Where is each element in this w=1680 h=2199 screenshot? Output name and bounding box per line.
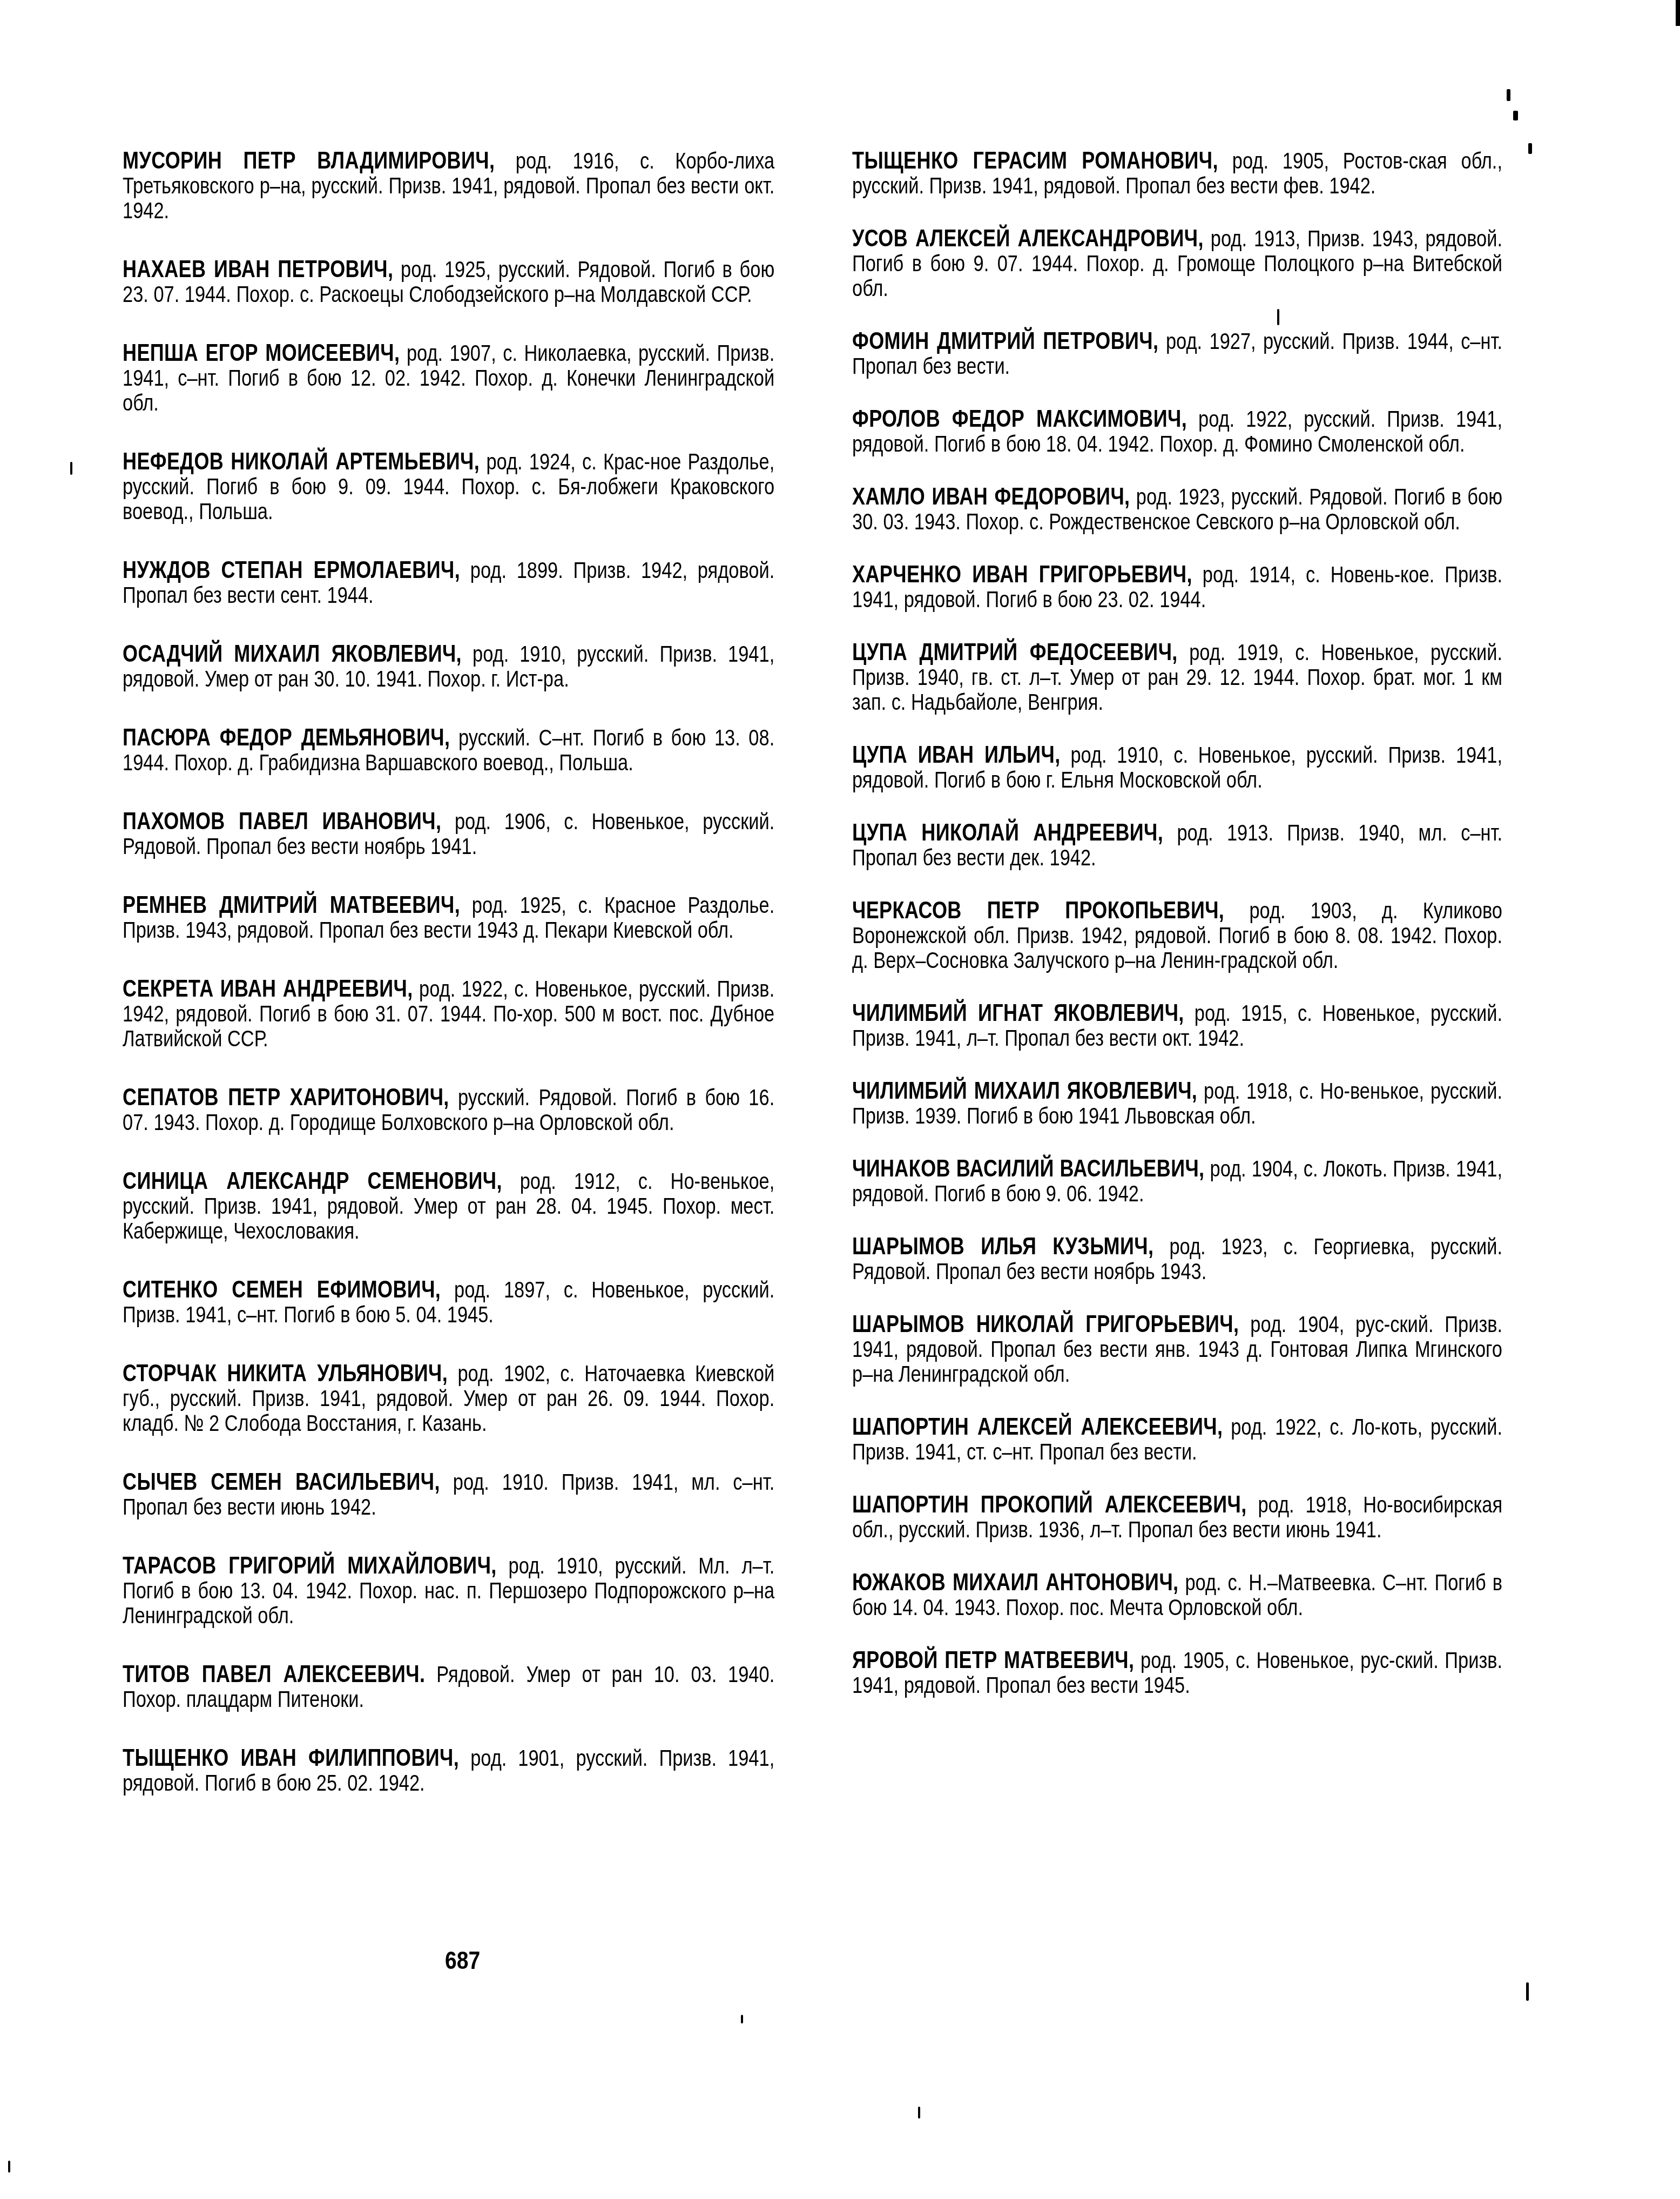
entry: ХАРЧЕНКО ИВАН ГРИГОРЬЕВИЧ, род. 1914, с.… xyxy=(852,562,1502,612)
entry: ШАПОРТИН АЛЕКСЕЙ АЛЕКСЕЕВИЧ, род. 1922, … xyxy=(852,1414,1502,1464)
scan-speck xyxy=(741,2015,743,2023)
entry: СИТЕНКО СЕМЕН ЕФИМОВИЧ, род. 1897, с. Но… xyxy=(123,1277,774,1327)
entry: ЧИЛИМБИЙ ИГНАТ ЯКОВЛЕВИЧ, род. 1915, с. … xyxy=(852,1000,1502,1051)
entry-name: ЯРОВОЙ ПЕТР МАТВЕЕВИЧ, xyxy=(852,1646,1134,1673)
entry: НЕФЕДОВ НИКОЛАЙ АРТЕМЬЕВИЧ, род. 1924, с… xyxy=(123,449,774,524)
entry: ХАМЛО ИВАН ФЕДОРОВИЧ, род. 1923, русский… xyxy=(852,484,1502,534)
entry: ШАРЫМОВ ИЛЬЯ КУЗЬМИЧ, род. 1923, с. Геор… xyxy=(852,1234,1502,1284)
entry: ЧИНАКОВ ВАСИЛИЙ ВАСИЛЬЕВИЧ, род. 1904, с… xyxy=(852,1156,1502,1206)
entry-name: УСОВ АЛЕКСЕЙ АЛЕКСАНДРОВИЧ, xyxy=(852,224,1204,252)
entry-name: СИТЕНКО СЕМЕН ЕФИМОВИЧ, xyxy=(123,1275,441,1303)
scan-speck xyxy=(1507,89,1510,101)
scan-speck xyxy=(70,462,72,475)
entry: ПАХОМОВ ПАВЕЛ ИВАНОВИЧ, род. 1906, с. Но… xyxy=(123,809,774,859)
entry: ТИТОВ ПАВЕЛ АЛЕКСЕЕВИЧ. Рядовой. Умер от… xyxy=(123,1662,774,1712)
entry-name: ХАРЧЕНКО ИВАН ГРИГОРЬЕВИЧ, xyxy=(852,560,1192,588)
entry: ТЫЩЕНКО ИВАН ФИЛИППОВИЧ, род. 1901, русс… xyxy=(123,1745,774,1795)
scan-speck xyxy=(1526,1982,1529,2001)
entry: СЕКРЕТА ИВАН АНДРЕЕВИЧ, род. 1922, с. Но… xyxy=(123,976,774,1051)
entry: НУЖДОВ СТЕПАН ЕРМОЛАЕВИЧ, род. 1899. При… xyxy=(123,557,774,608)
entry: ЯРОВОЙ ПЕТР МАТВЕЕВИЧ, род. 1905, с. Нов… xyxy=(852,1647,1502,1698)
entry-name: НЕФЕДОВ НИКОЛАЙ АРТЕМЬЕВИЧ, xyxy=(123,447,480,475)
entry-name: ХАМЛО ИВАН ФЕДОРОВИЧ, xyxy=(852,482,1130,510)
entry-name: СЕПАТОВ ПЕТР ХАРИТОНОВИЧ, xyxy=(123,1083,449,1111)
right-column: ТЫЩЕНКО ГЕРАСИМ РОМАНОВИЧ, род. 1905, Ро… xyxy=(852,148,1502,1698)
entry-name: НУЖДОВ СТЕПАН ЕРМОЛАЕВИЧ, xyxy=(123,556,460,583)
entry-name: СЫЧЕВ СЕМЕН ВАСИЛЬЕВИЧ, xyxy=(123,1468,440,1495)
scan-edge-mark xyxy=(1676,0,1680,26)
entry-name: ЧИЛИМБИЙ МИХАИЛ ЯКОВЛЕВИЧ, xyxy=(852,1077,1197,1104)
entry-name: МУСОРИН ПЕТР ВЛАДИМИРОВИЧ, xyxy=(123,146,495,174)
entry-name: ШАРЫМОВ ИЛЬЯ КУЗЬМИЧ, xyxy=(852,1232,1153,1260)
entry-name: ШАПОРТИН АЛЕКСЕЙ АЛЕКСЕЕВИЧ, xyxy=(852,1413,1223,1440)
entry: СТОРЧАК НИКИТА УЛЬЯНОВИЧ, род. 1902, с. … xyxy=(123,1361,774,1436)
entry: НАХАЕВ ИВАН ПЕТРОВИЧ, род. 1925, русский… xyxy=(123,257,774,307)
entry-name: ФОМИН ДМИТРИЙ ПЕТРОВИЧ, xyxy=(852,327,1158,354)
entry-name: РЕМНЕВ ДМИТРИЙ МАТВЕЕВИЧ, xyxy=(123,891,460,918)
entry-name: ШАРЫМОВ НИКОЛАЙ ГРИГОРЬЕВИЧ, xyxy=(852,1310,1239,1337)
entry: ТАРАСОВ ГРИГОРИЙ МИХАЙЛОВИЧ, род. 1910, … xyxy=(123,1553,774,1628)
entry-name: ЮЖАКОВ МИХАИЛ АНТОНОВИЧ, xyxy=(852,1568,1178,1596)
entry: СЕПАТОВ ПЕТР ХАРИТОНОВИЧ, русский. Рядов… xyxy=(123,1085,774,1135)
scan-speck xyxy=(1528,143,1532,154)
entry-name: ПАХОМОВ ПАВЕЛ ИВАНОВИЧ, xyxy=(123,807,441,835)
entry-name: ЦУПА ИВАН ИЛЬИЧ, xyxy=(852,741,1061,768)
entry: ЧИЛИМБИЙ МИХАИЛ ЯКОВЛЕВИЧ, род. 1918, с.… xyxy=(852,1078,1502,1128)
scan-speck xyxy=(8,2161,10,2173)
entry-name: ШАПОРТИН ПРОКОПИЙ АЛЕКСЕЕВИЧ, xyxy=(852,1490,1247,1518)
entry: ЦУПА НИКОЛАЙ АНДРЕЕВИЧ, род. 1913. Призв… xyxy=(852,820,1502,870)
left-column: МУСОРИН ПЕТР ВЛАДИМИРОВИЧ, род. 1916, с.… xyxy=(123,148,774,1795)
entry-name: ЧИНАКОВ ВАСИЛИЙ ВАСИЛЬЕВИЧ, xyxy=(852,1154,1205,1182)
entry: НЕПША ЕГОР МОИСЕЕВИЧ, род. 1907, с. Нико… xyxy=(123,340,774,415)
entry-name: СЕКРЕТА ИВАН АНДРЕЕВИЧ, xyxy=(123,974,413,1002)
entry: ЦУПА ДМИТРИЙ ФЕДОСЕЕВИЧ, род. 1919, с. Н… xyxy=(852,640,1502,715)
entry: ПАСЮРА ФЕДОР ДЕМЬЯНОВИЧ, русский. С–нт. … xyxy=(123,725,774,775)
entry-name: ПАСЮРА ФЕДОР ДЕМЬЯНОВИЧ, xyxy=(123,723,450,751)
entry-name: ФРОЛОВ ФЕДОР МАКСИМОВИЧ, xyxy=(852,405,1187,432)
entry-name: ТАРАСОВ ГРИГОРИЙ МИХАЙЛОВИЧ, xyxy=(123,1551,497,1579)
entry-name: ТЫЩЕНКО ИВАН ФИЛИППОВИЧ, xyxy=(123,1744,459,1771)
entry-name: ЧИЛИМБИЙ ИГНАТ ЯКОВЛЕВИЧ, xyxy=(852,999,1184,1026)
entry-name: ЧЕРКАСОВ ПЕТР ПРОКОПЬЕВИЧ, xyxy=(852,896,1224,924)
entry: ШАРЫМОВ НИКОЛАЙ ГРИГОРЬЕВИЧ, род. 1904, … xyxy=(852,1312,1502,1387)
entry: СИНИЦА АЛЕКСАНДР СЕМЕНОВИЧ, род. 1912, с… xyxy=(123,1168,774,1243)
scan-speck xyxy=(1513,111,1518,120)
entry-name: ТИТОВ ПАВЕЛ АЛЕКСЕЕВИЧ. xyxy=(123,1660,425,1687)
scan-speck xyxy=(918,2107,920,2119)
scan-speck xyxy=(1277,309,1279,325)
entry-name: НАХАЕВ ИВАН ПЕТРОВИЧ, xyxy=(123,255,393,283)
entry-name: НЕПША ЕГОР МОИСЕЕВИЧ, xyxy=(123,339,400,366)
entry: ОСАДЧИЙ МИХАИЛ ЯКОВЛЕВИЧ, род. 1910, рус… xyxy=(123,641,774,691)
entry: ШАПОРТИН ПРОКОПИЙ АЛЕКСЕЕВИЧ, род. 1918,… xyxy=(852,1492,1502,1542)
entry: РЕМНЕВ ДМИТРИЙ МАТВЕЕВИЧ, род. 1925, с. … xyxy=(123,892,774,943)
entry-name: ОСАДЧИЙ МИХАИЛ ЯКОВЛЕВИЧ, xyxy=(123,640,462,667)
entry: МУСОРИН ПЕТР ВЛАДИМИРОВИЧ, род. 1916, с.… xyxy=(123,148,774,223)
entry-name: ТЫЩЕНКО ГЕРАСИМ РОМАНОВИЧ, xyxy=(852,146,1218,174)
entry: ФОМИН ДМИТРИЙ ПЕТРОВИЧ, род. 1927, русск… xyxy=(852,328,1502,379)
entry-name: ЦУПА ДМИТРИЙ ФЕДОСЕЕВИЧ, xyxy=(852,638,1178,665)
entry: ЮЖАКОВ МИХАИЛ АНТОНОВИЧ, род. с. Н.–Матв… xyxy=(852,1570,1502,1620)
page-number: 687 xyxy=(445,1947,480,1974)
entry: ТЫЩЕНКО ГЕРАСИМ РОМАНОВИЧ, род. 1905, Ро… xyxy=(852,148,1502,198)
entry: ЦУПА ИВАН ИЛЬИЧ, род. 1910, с. Новенькое… xyxy=(852,742,1502,792)
entry-name: СТОРЧАК НИКИТА УЛЬЯНОВИЧ, xyxy=(123,1359,448,1387)
entry: СЫЧЕВ СЕМЕН ВАСИЛЬЕВИЧ, род. 1910. Призв… xyxy=(123,1469,774,1519)
memorial-book-page: МУСОРИН ПЕТР ВЛАДИМИРОВИЧ, род. 1916, с.… xyxy=(0,0,1680,2199)
entry-name: ЦУПА НИКОЛАЙ АНДРЕЕВИЧ, xyxy=(852,818,1163,846)
entry: УСОВ АЛЕКСЕЙ АЛЕКСАНДРОВИЧ, род. 1913, П… xyxy=(852,226,1502,301)
entry: ФРОЛОВ ФЕДОР МАКСИМОВИЧ, род. 1922, русс… xyxy=(852,406,1502,456)
entry-name: СИНИЦА АЛЕКСАНДР СЕМЕНОВИЧ, xyxy=(123,1167,502,1194)
entry: ЧЕРКАСОВ ПЕТР ПРОКОПЬЕВИЧ, род. 1903, д.… xyxy=(852,898,1502,973)
